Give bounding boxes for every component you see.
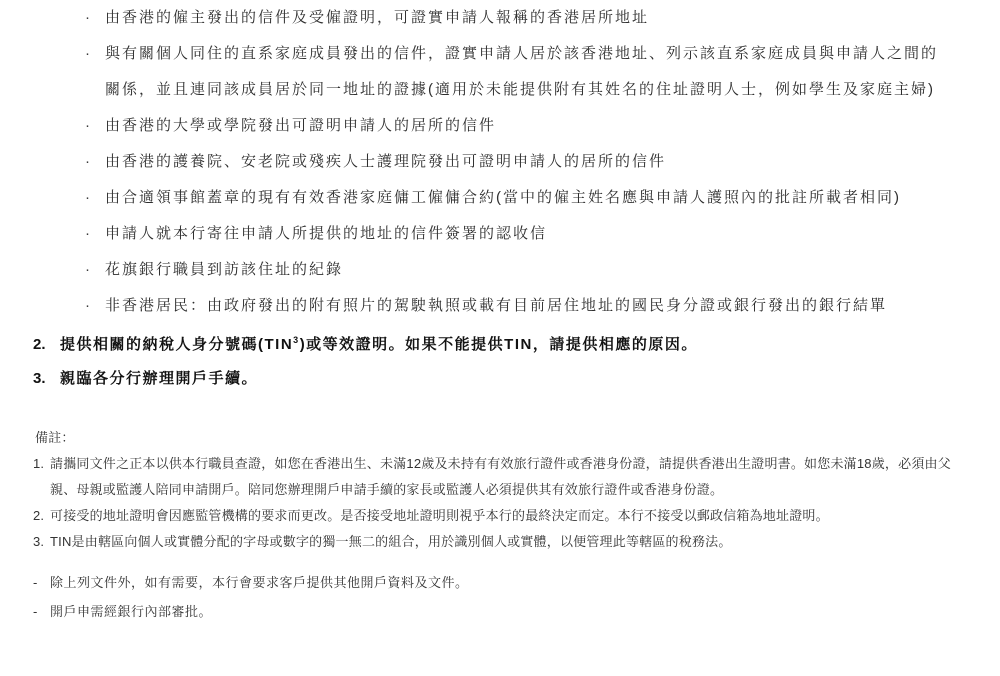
bullet-marker: · — [85, 0, 105, 36]
address-proof-item: · 由香港的護養院、安老院或殘疾人士護理院發出可證明申請人的居所的信件 — [85, 144, 945, 180]
bullet-text: 由香港的大學或學院發出可證明申請人的居所的信件 — [105, 108, 945, 144]
remark-text: 請攜同文件之正本以供本行職員查證，如您在香港出生、未滿12歲及未持有有效旅行證件… — [50, 451, 965, 503]
remark-text: TIN是由轄區向個人或實體分配的字母或數字的獨一無二的組合，用於識別個人或實體，… — [50, 529, 965, 555]
bullet-marker: · — [85, 108, 105, 144]
address-proof-item: · 由香港的大學或學院發出可證明申請人的居所的信件 — [85, 108, 945, 144]
bullet-marker: · — [85, 36, 105, 72]
step-number: 3. — [33, 368, 60, 390]
step-text: 親臨各分行辦理開戶手續。 — [60, 368, 1000, 390]
remark-text: 可接受的地址證明會因應監管機構的要求而更改。是否接受地址證明則視乎本行的最終決定… — [50, 503, 965, 529]
address-proof-item: · 非香港居民：由政府發出的附有照片的駕駛執照或載有目前居住地址的國民身分證或銀… — [85, 288, 945, 324]
bullet-text: 由合適領事館蓋章的現有有效香港家庭傭工僱傭合約(當中的僱主姓名應與申請人護照內的… — [105, 180, 945, 216]
address-proof-list: · 由香港的僱主發出的信件及受僱證明，可證實申請人報稱的香港居所地址 · 與有關… — [0, 0, 1000, 324]
step-text-before-sup: 提供相關的納稅人身分號碼(TIN — [60, 336, 293, 353]
address-proof-item: · 由合適領事館蓋章的現有有效香港家庭傭工僱傭合約(當中的僱主姓名應與申請人護照… — [85, 180, 945, 216]
address-proof-item: · 花旗銀行職員到訪該住址的紀錄 — [85, 252, 945, 288]
bullet-text: 申請人就本行寄往申請人所提供的地址的信件簽署的認收信 — [105, 216, 945, 252]
remark-number: 3. — [33, 529, 50, 555]
bullet-text: 與有關個人同住的直系家庭成員發出的信件，證實申請人居於該香港地址、列示該直系家庭… — [105, 36, 945, 108]
remark-item: 2. 可接受的地址證明會因應監管機構的要求而更改。是否接受地址證明則視乎本行的最… — [33, 503, 965, 529]
address-proof-item: · 由香港的僱主發出的信件及受僱證明，可證實申請人報稱的香港居所地址 — [85, 0, 945, 36]
remarks-title: 備註： — [35, 425, 965, 451]
footer-note-text: 除上列文件外，如有需要，本行會要求客戶提供其他開戶資料及文件。 — [50, 568, 960, 597]
bullet-text: 花旗銀行職員到訪該住址的紀錄 — [105, 252, 945, 288]
footer-note-text: 開戶申需經銀行內部審批。 — [50, 597, 960, 626]
dash-marker: - — [33, 597, 50, 626]
remark-number: 2. — [33, 503, 50, 529]
bullet-marker: · — [85, 288, 105, 324]
footer-notes: - 除上列文件外，如有需要，本行會要求客戶提供其他開戶資料及文件。 - 開戶申需… — [33, 568, 960, 626]
numbered-step-2: 2. 提供相關的納稅人身分號碼(TIN3)或等效證明。如果不能提供TIN，請提供… — [33, 334, 1000, 356]
bullet-marker: · — [85, 180, 105, 216]
footer-note-item: - 除上列文件外，如有需要，本行會要求客戶提供其他開戶資料及文件。 — [33, 568, 960, 597]
bullet-marker: · — [85, 216, 105, 252]
remark-number: 1. — [33, 451, 50, 477]
step-number: 2. — [33, 334, 60, 356]
step-text-after-sup: )或等效證明。如果不能提供TIN，請提供相應的原因。 — [300, 336, 698, 353]
remark-item: 3. TIN是由轄區向個人或實體分配的字母或數字的獨一無二的組合，用於識別個人或… — [33, 529, 965, 555]
remarks-section: 備註： 1. 請攜同文件之正本以供本行職員查證，如您在香港出生、未滿12歲及未持… — [33, 425, 965, 555]
bullet-text: 由香港的僱主發出的信件及受僱證明，可證實申請人報稱的香港居所地址 — [105, 0, 945, 36]
bullet-text: 由香港的護養院、安老院或殘疾人士護理院發出可證明申請人的居所的信件 — [105, 144, 945, 180]
bullet-text: 非香港居民：由政府發出的附有照片的駕駛執照或載有目前居住地址的國民身分證或銀行發… — [105, 288, 945, 324]
step-text: 提供相關的納稅人身分號碼(TIN3)或等效證明。如果不能提供TIN，請提供相應的… — [60, 334, 1000, 356]
address-proof-item: · 與有關個人同住的直系家庭成員發出的信件，證實申請人居於該香港地址、列示該直系… — [85, 36, 945, 108]
bullet-marker: · — [85, 252, 105, 288]
numbered-step-3: 3. 親臨各分行辦理開戶手續。 — [33, 368, 1000, 390]
bullet-marker: · — [85, 144, 105, 180]
address-proof-item: · 申請人就本行寄往申請人所提供的地址的信件簽署的認收信 — [85, 216, 945, 252]
document-page: · 由香港的僱主發出的信件及受僱證明，可證實申請人報稱的香港居所地址 · 與有關… — [0, 0, 1000, 676]
footer-note-item: - 開戶申需經銀行內部審批。 — [33, 597, 960, 626]
dash-marker: - — [33, 568, 50, 597]
remark-item: 1. 請攜同文件之正本以供本行職員查證，如您在香港出生、未滿12歲及未持有有效旅… — [33, 451, 965, 503]
